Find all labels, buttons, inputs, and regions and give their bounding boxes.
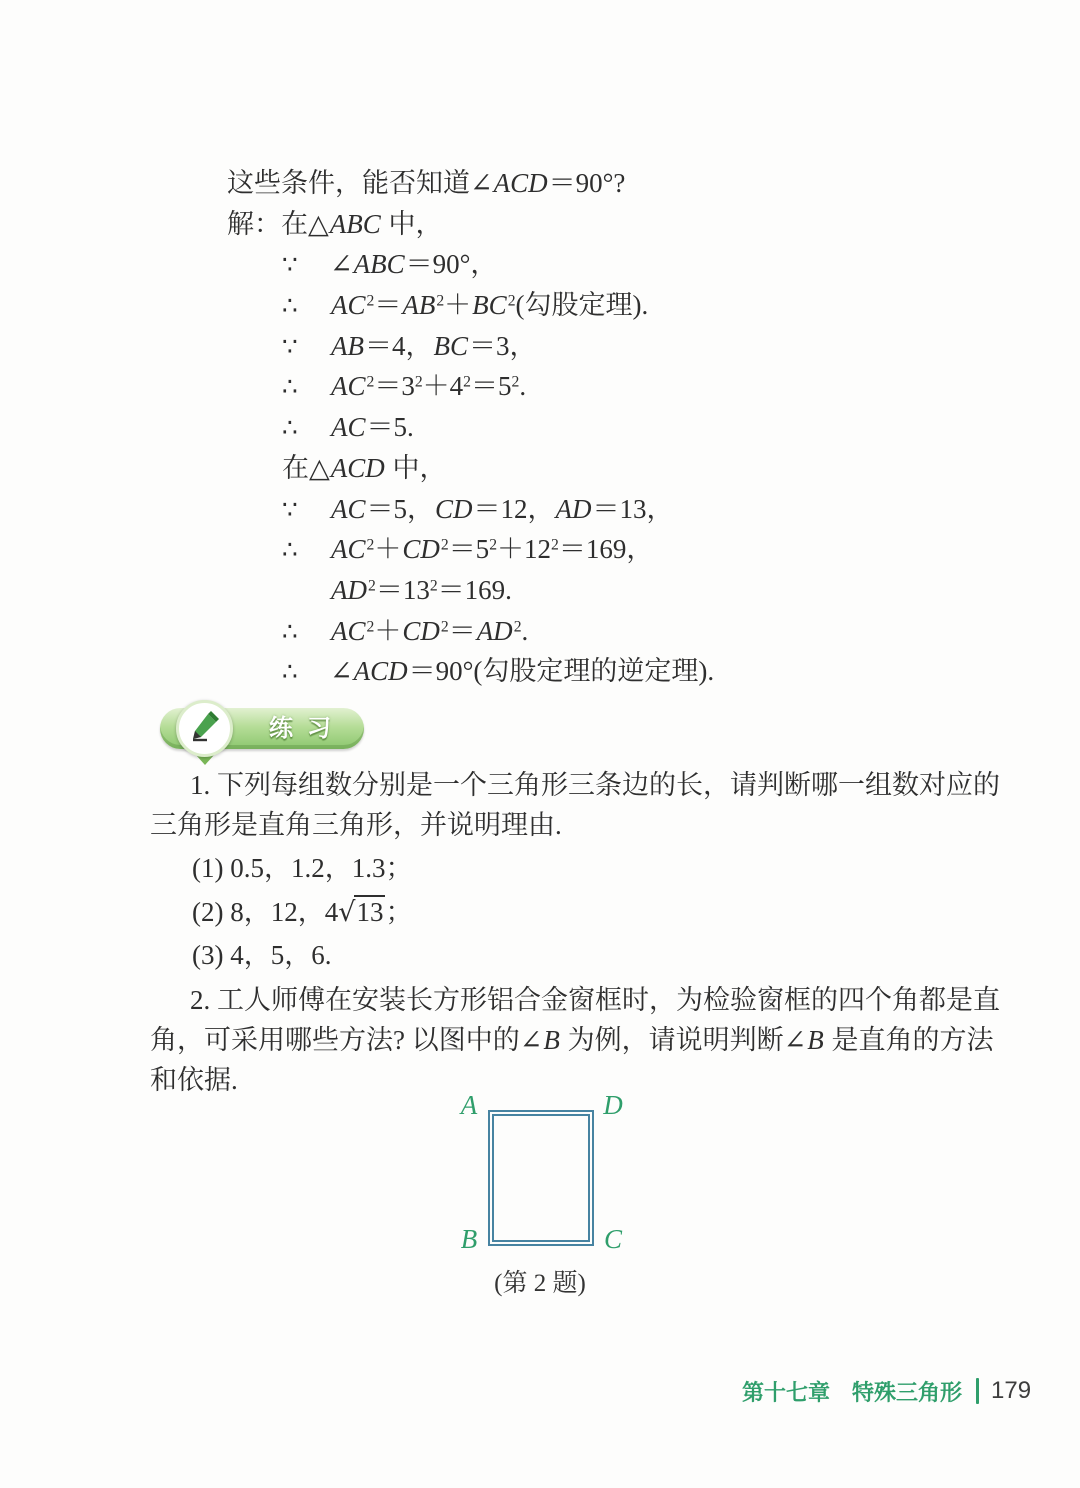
math-text: AC2＋CD2＝52＋122＝169， [330, 534, 653, 564]
problem-2: 2. 工人师傅在安装长方形铝合金窗框时，为检验窗框的四个角都是直角，可采用哪些方… [150, 980, 950, 1100]
vertex-label-a: A [452, 1090, 486, 1121]
problem-1-item: (2) 8，12，4√13； [192, 891, 950, 935]
page-footer: 第十七章 特殊三角形 179 [742, 1376, 1031, 1406]
therefore-symbol: ∴ [282, 652, 330, 693]
solution-start-line: 解：在△ABC 中， [0, 204, 1080, 245]
pencil-icon [188, 709, 222, 748]
math-text: AD2＝132＝169. [330, 575, 512, 605]
proof-line: 在△ACD 中， [0, 448, 1080, 489]
proof-line: ∵AB＝4，BC＝3， [0, 326, 1080, 367]
exercises-block: 1. 下列每组数分别是一个三角形三条边的长，请判断哪一组数对应的三角形是直角三角… [150, 765, 950, 1100]
because-symbol: ∵ [282, 245, 330, 286]
question-line: 这些条件，能否知道∠ACD＝90°? [0, 163, 1080, 204]
because-symbol: ∵ [282, 490, 330, 531]
math-text: 解：在△ABC 中， [227, 209, 443, 239]
section-title: 特殊三角形 [852, 1376, 962, 1407]
problem-1: 1. 下列每组数分别是一个三角形三条边的长，请判断哪一组数对应的三角形是直角三角… [150, 765, 950, 845]
problem-2-line: 2. 工人师傅在安装长方形铝合金窗框时，为检验窗框的四个角都是直 [150, 980, 950, 1020]
math-text: (2) 8，12，4√13； [192, 897, 412, 927]
math-text: 角，可采用哪些方法? 以图中的∠B 为例，请说明判断∠B 是直角的方法 [150, 1025, 993, 1055]
math-text: 三角形是直角三角形，并说明理由. [150, 810, 562, 840]
vertex-label-c: C [596, 1224, 630, 1255]
therefore-symbol: ∴ [282, 286, 330, 327]
proof-line: ∴AC2＋CD2＝52＋122＝169， [0, 529, 1080, 570]
math-text: 2. 工人师傅在安装长方形铝合金窗框时，为检验窗框的四个角都是直 [190, 985, 1000, 1015]
therefore-symbol: ∴ [282, 367, 330, 408]
exercise-badge: 练习 [160, 703, 364, 765]
therefore-symbol: ∴ [282, 530, 330, 571]
window-frame-inner-rectangle [492, 1114, 590, 1242]
proof-line: ∴AC2＝AB2＋BC2(勾股定理). [0, 285, 1080, 326]
problem-1-item: (3) 4，5，6. [192, 934, 950, 978]
math-text: ∠ABC＝90°， [330, 249, 497, 279]
solution-block: 这些条件，能否知道∠ACD＝90°?解：在△ABC 中，∵∠ABC＝90°，∴A… [0, 163, 1080, 692]
math-text: AC2＝AB2＋BC2(勾股定理). [330, 290, 648, 320]
math-text: 1. 下列每组数分别是一个三角形三条边的长，请判断哪一组数对应的 [190, 770, 1000, 800]
problem-1-items: (1) 0.5，1.2，1.3；(2) 8，12，4√13；(3) 4，5，6. [150, 847, 950, 978]
page-number: 179 [991, 1377, 1031, 1405]
because-symbol: ∵ [282, 327, 330, 368]
vertex-label-b: B [452, 1224, 486, 1255]
problem-1-line: 1. 下列每组数分别是一个三角形三条边的长，请判断哪一组数对应的 [150, 765, 950, 805]
therefore-symbol: ∴ [282, 408, 330, 449]
badge-circle [176, 700, 233, 757]
proof-line: ∴∠ACD＝90°(勾股定理的逆定理). [0, 651, 1080, 692]
proof-line: ∵AC＝5，CD＝12，AD＝13， [0, 489, 1080, 530]
chapter-label: 第十七章 [742, 1376, 830, 1407]
math-text: AC＝5. [330, 412, 414, 442]
proof-line: ∵∠ABC＝90°， [0, 244, 1080, 285]
window-frame-figure: A D B C (第 2 题) [0, 1090, 1080, 1320]
problem-2-line: 角，可采用哪些方法? 以图中的∠B 为例，请说明判断∠B 是直角的方法 [150, 1020, 950, 1060]
proof-line: ∴AC2＝32＋42＝52. [0, 366, 1080, 407]
footer-divider [976, 1378, 979, 1404]
math-text: AC＝5，CD＝12，AD＝13， [330, 494, 674, 524]
figure-caption: (第 2 题) [390, 1268, 690, 1300]
math-text: 在△ACD 中， [282, 453, 447, 483]
math-text: AB＝4，BC＝3， [330, 331, 537, 361]
math-text: (1) 0.5，1.2，1.3； [192, 853, 412, 883]
math-text: 这些条件，能否知道∠ACD＝90°? [227, 168, 625, 198]
math-text: ∠ACD＝90°(勾股定理的逆定理). [330, 656, 714, 686]
proof-line: ∴AC2＋CD2＝AD2. [0, 611, 1080, 652]
proof-line: ∴AC＝5. [0, 407, 1080, 448]
math-text: (3) 4，5，6. [192, 940, 331, 970]
proof-line: AD2＝132＝169. [0, 570, 1080, 611]
therefore-symbol: ∴ [282, 612, 330, 653]
problem-1-line: 三角形是直角三角形，并说明理由. [150, 805, 950, 845]
math-text: AC2＝32＋42＝52. [330, 371, 526, 401]
window-frame-rectangle [488, 1110, 594, 1246]
problem-1-item: (1) 0.5，1.2，1.3； [192, 847, 950, 891]
exercise-badge-label: 练习 [236, 708, 364, 749]
vertex-label-d: D [596, 1090, 630, 1121]
textbook-page: 这些条件，能否知道∠ACD＝90°?解：在△ABC 中，∵∠ABC＝90°，∴A… [0, 0, 1080, 1488]
math-text: AC2＋CD2＝AD2. [330, 616, 528, 646]
